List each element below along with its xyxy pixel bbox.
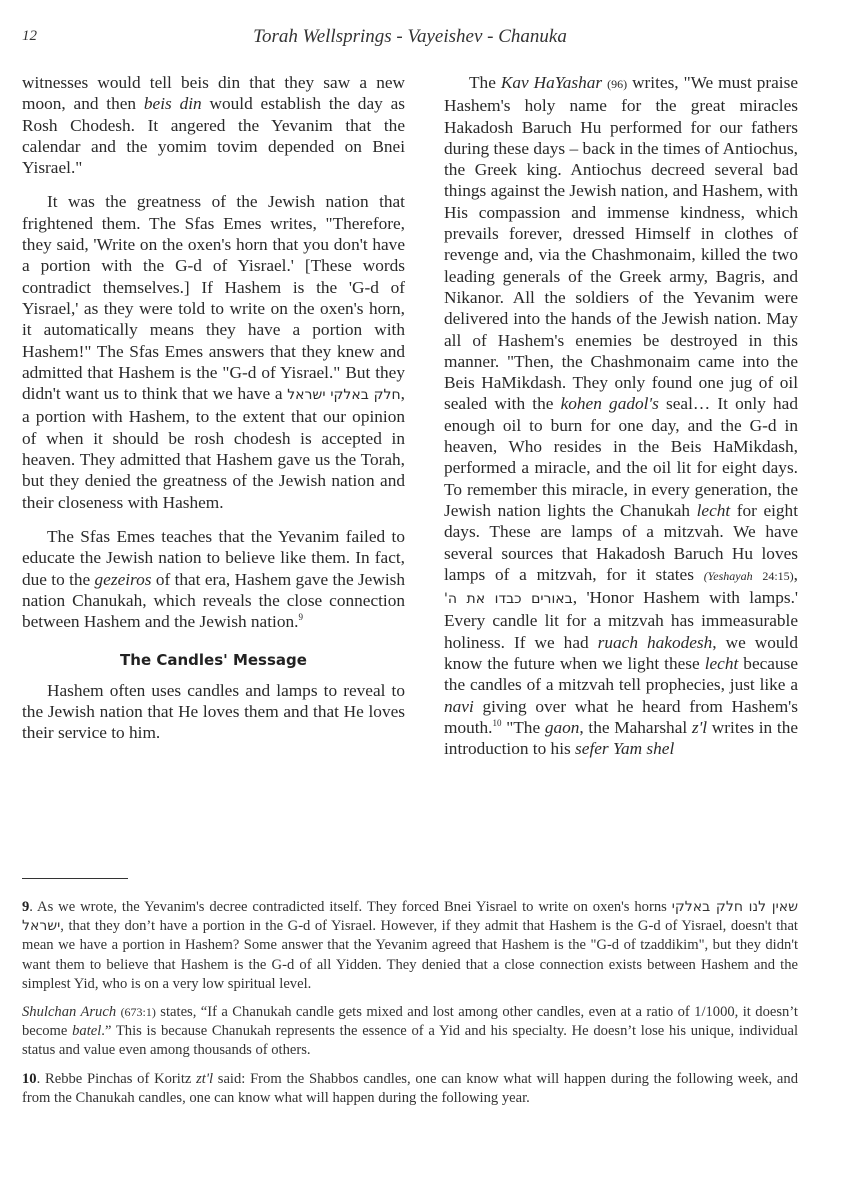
footnote-9: 9. As we wrote, the Yevanim's decree con… bbox=[22, 898, 798, 994]
footnote-divider bbox=[22, 878, 128, 879]
paragraph: It was the greatness of the Jewish natio… bbox=[22, 191, 405, 512]
paragraph: witnesses would tell beis din that they … bbox=[22, 72, 405, 178]
paragraph: The Sfas Emes teaches that the Yevanim f… bbox=[22, 526, 405, 632]
paragraph: Hashem often uses candles and lamps to r… bbox=[22, 680, 405, 744]
footnote-9-continued: Shulchan Aruch (673:1) states, “If a Cha… bbox=[22, 1003, 798, 1061]
running-title: Torah Wellsprings - Vayeishev - Chanuka bbox=[22, 26, 798, 48]
footnotes: 9. As we wrote, the Yevanim's decree con… bbox=[22, 898, 798, 1117]
footnote-10: 10. Rebbe Pinchas of Koritz zt'l said: F… bbox=[22, 1070, 798, 1108]
page-header: 12 Torah Wellsprings - Vayeishev - Chanu… bbox=[22, 28, 798, 50]
footnote-ref-10[interactable]: 10 bbox=[493, 718, 502, 728]
section-heading: The Candles' Message bbox=[22, 650, 405, 671]
hebrew-text: חלק באלקי ישראל bbox=[287, 387, 400, 403]
paragraph: The Kav HaYashar (96) writes, "We must p… bbox=[444, 72, 798, 760]
right-column: The Kav HaYashar (96) writes, "We must p… bbox=[444, 72, 798, 773]
hebrew-text: באורים כבדו את ה' bbox=[444, 591, 573, 607]
left-column: witnesses would tell beis din that they … bbox=[22, 72, 405, 757]
footnote-ref-9[interactable]: 9 bbox=[298, 612, 303, 622]
